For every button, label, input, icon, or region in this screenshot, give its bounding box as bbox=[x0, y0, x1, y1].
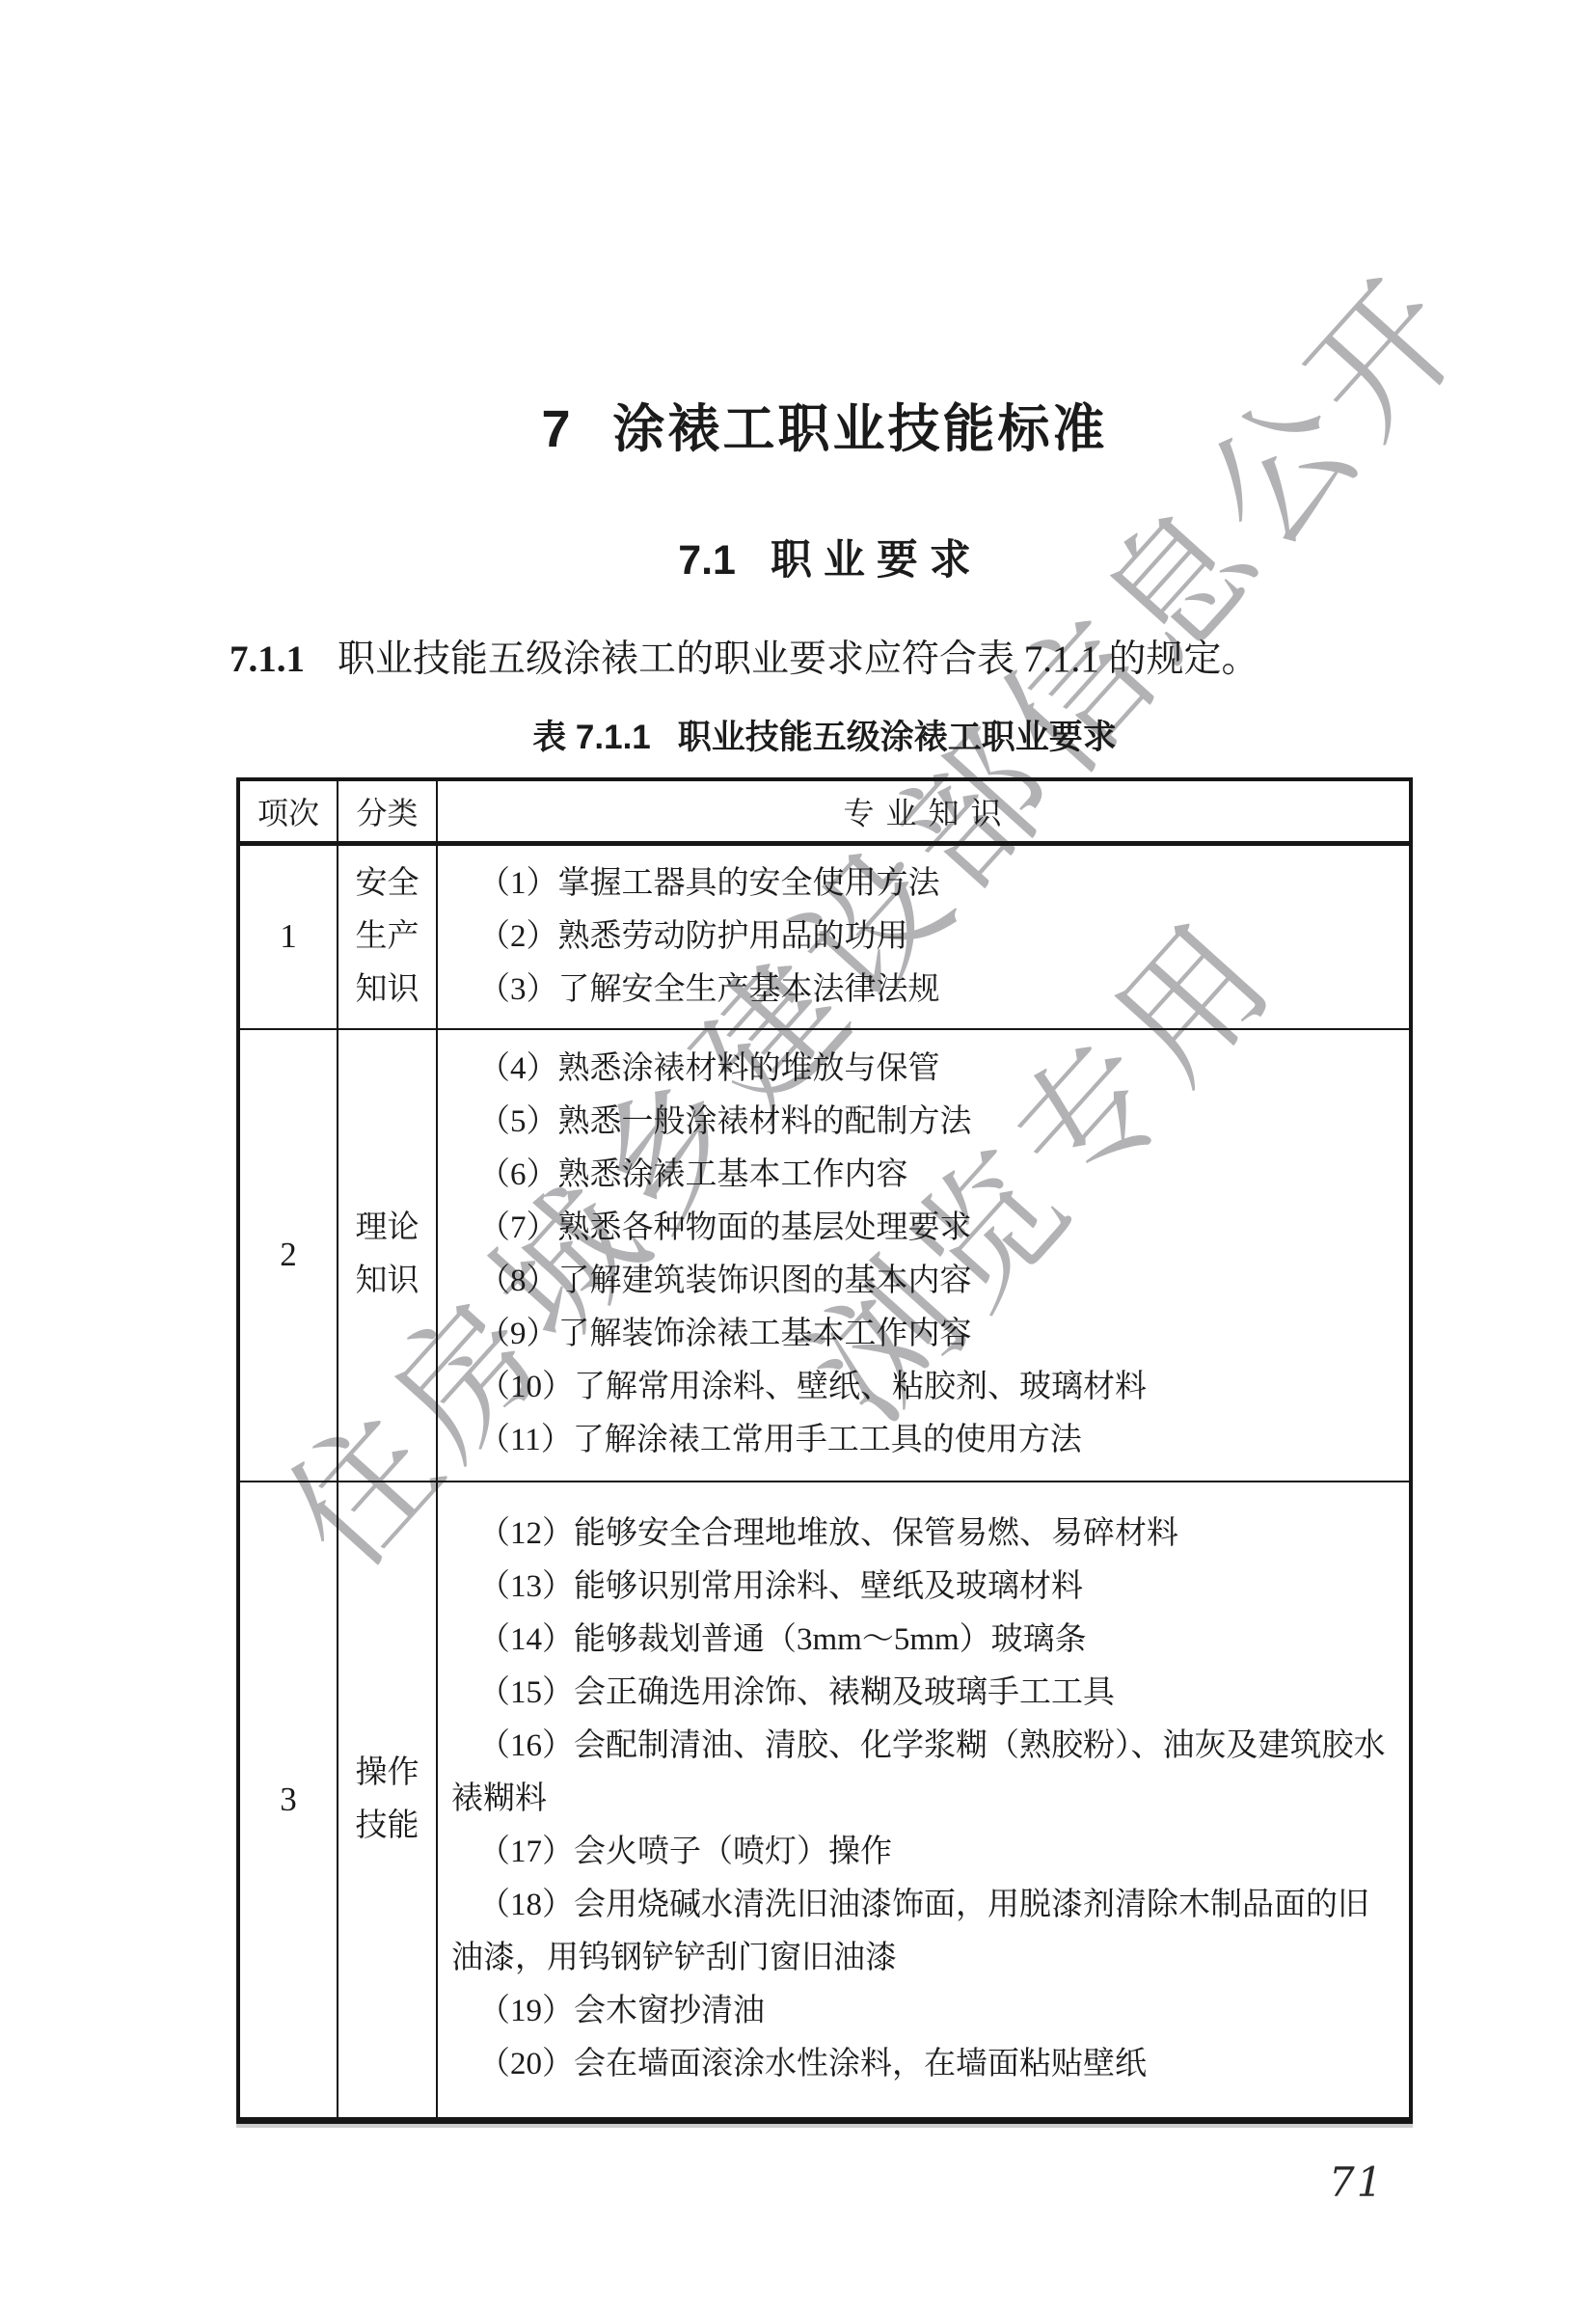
knowledge-item: （1）掌握工器具的安全使用方法 bbox=[451, 857, 1399, 911]
category-line: 知识 bbox=[339, 1255, 435, 1308]
section-number: 7.1 bbox=[678, 537, 736, 584]
category-line: 生产 bbox=[339, 911, 435, 964]
knowledge-cell: （12）能够安全合理地堆放、保管易燃、易碎材料（13）能够识别常用涂料、壁纸及玻… bbox=[437, 1482, 1411, 2121]
chapter-title-text: 涂裱工职业技能标准 bbox=[613, 400, 1108, 458]
knowledge-item: （15）会正确选用涂饰、裱糊及玻璃手工工具 bbox=[451, 1667, 1399, 1720]
item-number-cell: 2 bbox=[238, 1029, 338, 1482]
knowledge-item: （9）了解装饰涂裱工基本工作内容 bbox=[451, 1308, 1399, 1361]
knowledge-item: （4）熟悉涂裱材料的堆放与保管 bbox=[451, 1043, 1399, 1096]
section-heading: 7.1职 业 要 求 bbox=[236, 538, 1413, 584]
header-cell-category: 分类 bbox=[338, 779, 437, 844]
category-cell: 理论知识 bbox=[338, 1029, 437, 1482]
knowledge-item: （18）会用烧碱水清洗旧油漆饰面，用脱漆剂清除木制品面的旧油漆，用钨钢铲铲刮门窗… bbox=[451, 1879, 1399, 1985]
header-cell-item-number: 项次 bbox=[238, 779, 338, 844]
table-row: 1安全生产知识（1）掌握工器具的安全使用方法（2）熟悉劳动防护用品的功用（3）了… bbox=[238, 844, 1411, 1029]
page-title: 7涂裱工职业技能标准 bbox=[236, 399, 1413, 459]
knowledge-item: （13）能够识别常用涂料、壁纸及玻璃材料 bbox=[451, 1561, 1399, 1614]
knowledge-item: （11）了解涂裱工常用手工工具的使用方法 bbox=[451, 1414, 1399, 1467]
knowledge-item: （8）了解建筑装饰识图的基本内容 bbox=[451, 1255, 1399, 1308]
knowledge-item: （20）会在墙面滚涂水性涂料，在墙面粘贴壁纸 bbox=[451, 2038, 1399, 2091]
knowledge-item: （7）熟悉各种物面的基层处理要求 bbox=[451, 1202, 1399, 1255]
clause-paragraph: 7.1.1职业技能五级涂裱工的职业要求应符合表 7.1.1 的规定。 bbox=[230, 637, 1418, 684]
category-line: 知识 bbox=[339, 964, 435, 1017]
knowledge-cell: （1）掌握工器具的安全使用方法（2）熟悉劳动防护用品的功用（3）了解安全生产基本… bbox=[437, 844, 1411, 1029]
header-cell-knowledge: 专 业 知 识 bbox=[437, 779, 1411, 844]
category-line: 操作 bbox=[339, 1747, 435, 1800]
clause-text: 职业技能五级涂裱工的职业要求应符合表 7.1.1 的规定。 bbox=[338, 639, 1259, 680]
table-body: 1安全生产知识（1）掌握工器具的安全使用方法（2）熟悉劳动防护用品的功用（3）了… bbox=[238, 844, 1411, 2121]
category-line: 安全 bbox=[339, 857, 435, 911]
table-row: 2理论知识（4）熟悉涂裱材料的堆放与保管（5）熟悉一般涂裱材料的配制方法（6）熟… bbox=[238, 1029, 1411, 1482]
knowledge-item: （14）能够裁划普通（3mm～5mm）玻璃条 bbox=[451, 1614, 1399, 1667]
category-line: 理论 bbox=[339, 1202, 435, 1255]
item-number-cell: 1 bbox=[238, 844, 338, 1029]
clause-number: 7.1.1 bbox=[230, 639, 305, 680]
document-page: 住房城乡建设部信息公开 浏览专用 7涂裱工职业技能标准 7.1职 业 要 求 7… bbox=[0, 0, 1596, 2311]
table-row: 3操作技能（12）能够安全合理地堆放、保管易燃、易碎材料（13）能够识别常用涂料… bbox=[238, 1482, 1411, 2121]
knowledge-item: （3）了解安全生产基本法律法规 bbox=[451, 964, 1399, 1017]
table-header-row: 项次 分类 专 业 知 识 bbox=[238, 779, 1411, 844]
page-number: 71 bbox=[1329, 2159, 1384, 2206]
knowledge-cell: （4）熟悉涂裱材料的堆放与保管（5）熟悉一般涂裱材料的配制方法（6）熟悉涂裱工基… bbox=[437, 1029, 1411, 1482]
chapter-number: 7 bbox=[541, 400, 570, 458]
knowledge-item: （5）熟悉一般涂裱材料的配制方法 bbox=[451, 1096, 1399, 1149]
knowledge-item: （6）熟悉涂裱工基本工作内容 bbox=[451, 1149, 1399, 1202]
category-cell: 操作技能 bbox=[338, 1482, 437, 2121]
requirements-table: 项次 分类 专 业 知 识 1安全生产知识（1）掌握工器具的安全使用方法（2）熟… bbox=[236, 777, 1413, 2124]
section-title-text: 职 业 要 求 bbox=[771, 537, 971, 584]
knowledge-item: （10）了解常用涂料、壁纸、粘胶剂、玻璃材料 bbox=[451, 1361, 1399, 1414]
knowledge-item: （2）熟悉劳动防护用品的功用 bbox=[451, 911, 1399, 964]
table-header: 项次 分类 专 业 知 识 bbox=[238, 779, 1411, 844]
knowledge-item: （17）会火喷子（喷灯）操作 bbox=[451, 1826, 1399, 1879]
knowledge-item: （19）会木窗抄清油 bbox=[451, 1985, 1399, 2038]
table-caption-label: 表 7.1.1 bbox=[532, 719, 651, 756]
knowledge-item: （12）能够安全合理地堆放、保管易燃、易碎材料 bbox=[451, 1508, 1399, 1561]
category-line: 技能 bbox=[339, 1800, 435, 1853]
category-cell: 安全生产知识 bbox=[338, 844, 437, 1029]
page-content: 7涂裱工职业技能标准 7.1职 业 要 求 7.1.1职业技能五级涂裱工的职业要… bbox=[0, 0, 1596, 2311]
item-number-cell: 3 bbox=[238, 1482, 338, 2121]
knowledge-item: （16）会配制清油、清胶、化学浆糊（熟胶粉）、油灰及建筑胶水裱糊料 bbox=[451, 1720, 1399, 1826]
table-caption-text: 职业技能五级涂裱工职业要求 bbox=[678, 719, 1117, 756]
table-caption: 表 7.1.1职业技能五级涂裱工职业要求 bbox=[236, 720, 1413, 757]
